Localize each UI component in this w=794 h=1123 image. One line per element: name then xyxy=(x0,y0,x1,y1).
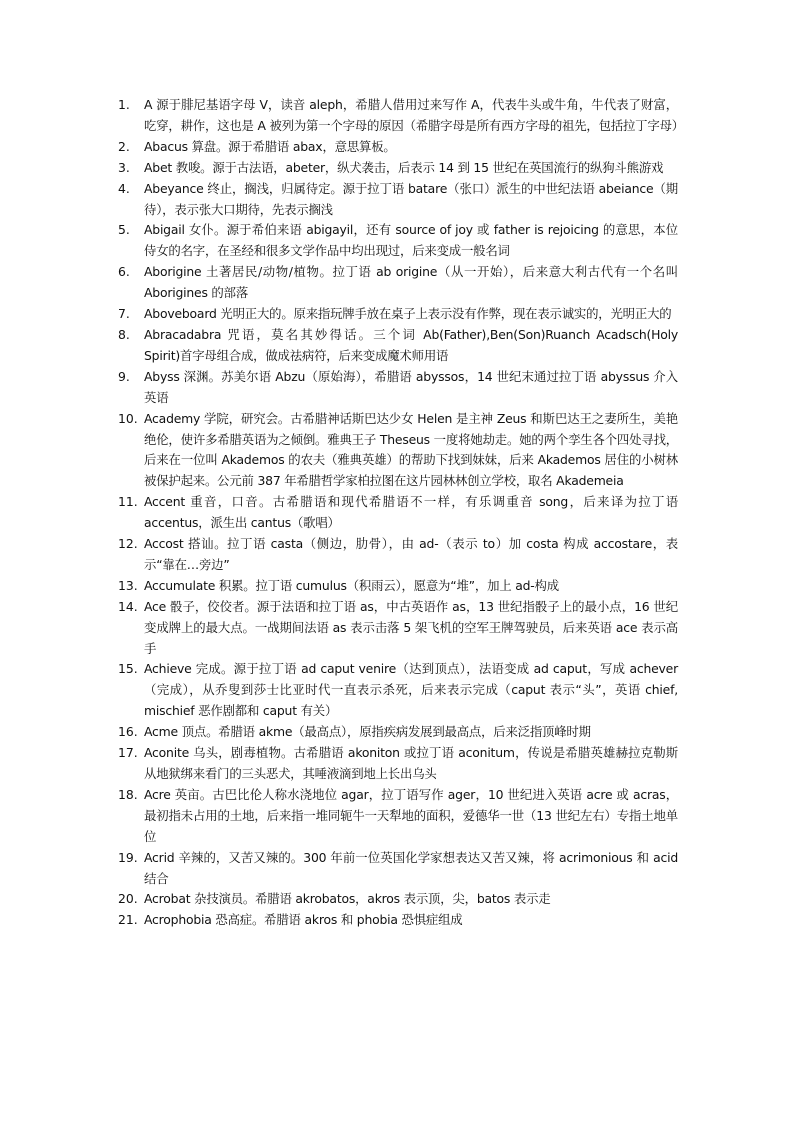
item-number: 15. xyxy=(118,659,144,722)
list-item: 17.Aconite 乌头，剧毒植物。古希腊语 akoniton 或拉丁语 ac… xyxy=(118,743,678,785)
list-item: 4.Abeyance 终止，搁浅，归属待定。源于拉丁语 batare（张口）派生… xyxy=(118,179,678,221)
list-item: 11.Accent 重音，口音。古希腊语和现代希腊语不一样，有乐调重音 song… xyxy=(118,492,678,534)
item-number: 7. xyxy=(118,304,144,325)
item-number: 18. xyxy=(118,785,144,848)
item-text: Abet 教唆。源于古法语，abeter，纵犬袭击，后表示 14 到 15 世纪… xyxy=(144,158,678,179)
list-item: 5.Abigail 女仆。源于希伯来语 abigayil，还有 source o… xyxy=(118,220,678,262)
item-number: 11. xyxy=(118,492,144,534)
etymology-list: 1.A 源于腓尼基语字母 V，读音 aleph，希腊人借用过来写作 A，代表牛头… xyxy=(118,95,678,931)
list-item: 8.Abracadabra 咒语，莫名其妙得话。三个词 Ab(Father),B… xyxy=(118,325,678,367)
item-text: Aborigine 土著居民/动物/植物。拉丁语 ab origine（从一开始… xyxy=(144,262,678,304)
item-number: 8. xyxy=(118,325,144,367)
list-item: 6.Aborigine 土著居民/动物/植物。拉丁语 ab origine（从一… xyxy=(118,262,678,304)
item-text: Abracadabra 咒语，莫名其妙得话。三个词 Ab(Father),Ben… xyxy=(144,325,678,367)
item-text: Acrobat 杂技演员。希腊语 akrobatos，akros 表示顶，尖，b… xyxy=(144,889,678,910)
list-item: 16.Acme 顶点。希腊语 akme（最高点），原指疾病发展到最高点，后来泛指… xyxy=(118,722,678,743)
item-number: 10. xyxy=(118,409,144,493)
document-page: 1.A 源于腓尼基语字母 V，读音 aleph，希腊人借用过来写作 A，代表牛头… xyxy=(0,0,794,1123)
item-text: Acrid 辛辣的，又苦又辣的。300 年前一位英国化学家想表达又苦又辣，将 a… xyxy=(144,848,678,890)
item-number: 21. xyxy=(118,910,144,931)
list-item: 15.Achieve 完成。源于拉丁语 ad caput venire（达到顶点… xyxy=(118,659,678,722)
item-text: Accent 重音，口音。古希腊语和现代希腊语不一样，有乐调重音 song，后来… xyxy=(144,492,678,534)
list-item: 3.Abet 教唆。源于古法语，abeter，纵犬袭击，后表示 14 到 15 … xyxy=(118,158,678,179)
item-number: 19. xyxy=(118,848,144,890)
item-text: Acre 英亩。古巴比伦人称水浇地位 agar，拉丁语写作 ager，10 世纪… xyxy=(144,785,678,848)
list-item: 10.Academy 学院，研究会。古希腊神话斯巴达少女 Helen 是主神 Z… xyxy=(118,409,678,493)
list-item: 1.A 源于腓尼基语字母 V，读音 aleph，希腊人借用过来写作 A，代表牛头… xyxy=(118,95,678,137)
list-item: 18.Acre 英亩。古巴比伦人称水浇地位 agar，拉丁语写作 ager，10… xyxy=(118,785,678,848)
item-number: 16. xyxy=(118,722,144,743)
item-number: 13. xyxy=(118,576,144,597)
item-text: Abacus 算盘。源于希腊语 abax，意思算板。 xyxy=(144,137,678,158)
list-item: 9.Abyss 深渊。苏美尔语 Abzu（原始海），希腊语 abyssos，14… xyxy=(118,367,678,409)
item-number: 9. xyxy=(118,367,144,409)
item-text: Accost 搭讪。拉丁语 casta（侧边，肋骨），由 ad-（表示 to）加… xyxy=(144,534,678,576)
list-item: 12.Accost 搭讪。拉丁语 casta（侧边，肋骨），由 ad-（表示 t… xyxy=(118,534,678,576)
item-number: 17. xyxy=(118,743,144,785)
item-number: 3. xyxy=(118,158,144,179)
list-item: 21.Acrophobia 恐高症。希腊语 akros 和 phobia 恐惧症… xyxy=(118,910,678,931)
item-number: 1. xyxy=(118,95,144,137)
list-item: 2.Abacus 算盘。源于希腊语 abax，意思算板。 xyxy=(118,137,678,158)
item-number: 2. xyxy=(118,137,144,158)
list-item: 13.Accumulate 积累。拉丁语 cumulus（积雨云），愿意为“堆”… xyxy=(118,576,678,597)
list-item: 14.Ace 骰子，佼佼者。源于法语和拉丁语 as，中古英语作 as，13 世纪… xyxy=(118,597,678,660)
list-item: 7.Aboveboard 光明正大的。原来指玩牌手放在桌子上表示没有作弊，现在表… xyxy=(118,304,678,325)
item-text: Ace 骰子，佼佼者。源于法语和拉丁语 as，中古英语作 as，13 世纪指骰子… xyxy=(144,597,678,660)
list-item: 20.Acrobat 杂技演员。希腊语 akrobatos，akros 表示顶，… xyxy=(118,889,678,910)
item-number: 5. xyxy=(118,220,144,262)
item-text: Abeyance 终止，搁浅，归属待定。源于拉丁语 batare（张口）派生的中… xyxy=(144,179,678,221)
item-text: A 源于腓尼基语字母 V，读音 aleph，希腊人借用过来写作 A，代表牛头或牛… xyxy=(144,95,678,137)
item-text: Aboveboard 光明正大的。原来指玩牌手放在桌子上表示没有作弊，现在表示诚… xyxy=(144,304,678,325)
item-number: 12. xyxy=(118,534,144,576)
item-text: Aconite 乌头，剧毒植物。古希腊语 akoniton 或拉丁语 aconi… xyxy=(144,743,678,785)
list-item: 19.Acrid 辛辣的，又苦又辣的。300 年前一位英国化学家想表达又苦又辣，… xyxy=(118,848,678,890)
item-number: 4. xyxy=(118,179,144,221)
item-text: Accumulate 积累。拉丁语 cumulus（积雨云），愿意为“堆”，加上… xyxy=(144,576,678,597)
item-text: Abigail 女仆。源于希伯来语 abigayil，还有 source of … xyxy=(144,220,678,262)
item-text: Achieve 完成。源于拉丁语 ad caput venire（达到顶点），法… xyxy=(144,659,678,722)
item-text: Acrophobia 恐高症。希腊语 akros 和 phobia 恐惧症组成 xyxy=(144,910,678,931)
item-text: Academy 学院，研究会。古希腊神话斯巴达少女 Helen 是主神 Zeus… xyxy=(144,409,678,493)
item-number: 14. xyxy=(118,597,144,660)
item-text: Acme 顶点。希腊语 akme（最高点），原指疾病发展到最高点，后来泛指顶峰时… xyxy=(144,722,678,743)
item-number: 6. xyxy=(118,262,144,304)
item-number: 20. xyxy=(118,889,144,910)
item-text: Abyss 深渊。苏美尔语 Abzu（原始海），希腊语 abyssos，14 世… xyxy=(144,367,678,409)
